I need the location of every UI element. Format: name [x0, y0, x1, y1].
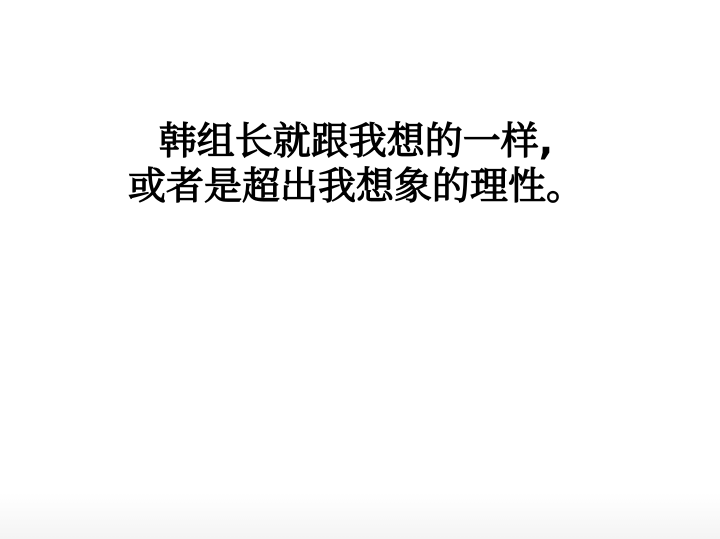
comic-panel: 韩组长就跟我想的一样, 或者是超出我想象的理性。	[0, 0, 720, 539]
caption-line-1: 韩组长就跟我想的一样,	[0, 119, 712, 164]
caption-line-2: 或者是超出我想象的理性。	[0, 164, 712, 209]
bottom-fade-gradient	[0, 493, 720, 539]
caption-text-block: 韩组长就跟我想的一样, 或者是超出我想象的理性。	[0, 119, 712, 209]
